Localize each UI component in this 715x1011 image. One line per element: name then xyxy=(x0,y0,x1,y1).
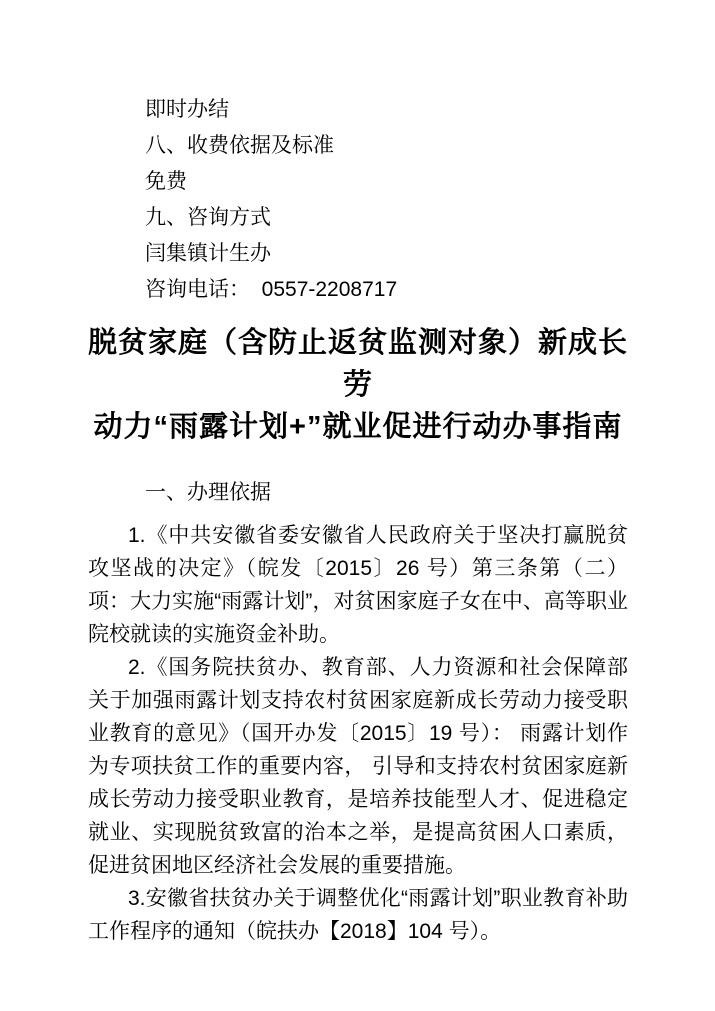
document-title-line-2: 动力“雨露计划+”就业促进行动办事指南 xyxy=(88,406,628,448)
doc-line-contact-heading: 九、咨询方式 xyxy=(88,200,628,236)
document-title: 脱贫家庭（含防止返贫监测对象）新成长劳 动力“雨露计划+”就业促进行动办事指南 xyxy=(88,322,628,448)
doc-line-fee-heading: 八、收费依据及标准 xyxy=(88,128,628,164)
document-title-line-1: 脱贫家庭（含防止返贫监测对象）新成长劳 xyxy=(88,322,628,406)
pre-title-section: 即时办结 八、收费依据及标准 免费 九、咨询方式 闫集镇计生办 咨询电话： 05… xyxy=(88,92,628,308)
section-heading-basis: 一、办理依据 xyxy=(88,476,628,509)
paragraph-basis-1: 1.《中共安徽省委安徽省人民政府关于坚决打赢脱贫攻坚战的决定》（皖发〔2015〕… xyxy=(88,519,628,651)
paragraph-basis-3: 3.安徽省扶贫办关于调整优化“雨露计划”职业教育补助工作程序的通知（皖扶办【20… xyxy=(88,882,628,948)
document-page: 即时办结 八、收费依据及标准 免费 九、咨询方式 闫集镇计生办 咨询电话： 05… xyxy=(0,0,715,1011)
doc-line-fee-value: 免费 xyxy=(88,164,628,200)
paragraph-basis-2: 2.《国务院扶贫办、教育部、人力资源和社会保障部关于加强雨露计划支持农村贫困家庭… xyxy=(88,651,628,882)
doc-line-processing-time: 即时办结 xyxy=(88,92,628,128)
doc-line-phone-number: 咨询电话： 0557-2208717 xyxy=(88,272,628,308)
doc-line-office-name: 闫集镇计生办 xyxy=(88,236,628,272)
